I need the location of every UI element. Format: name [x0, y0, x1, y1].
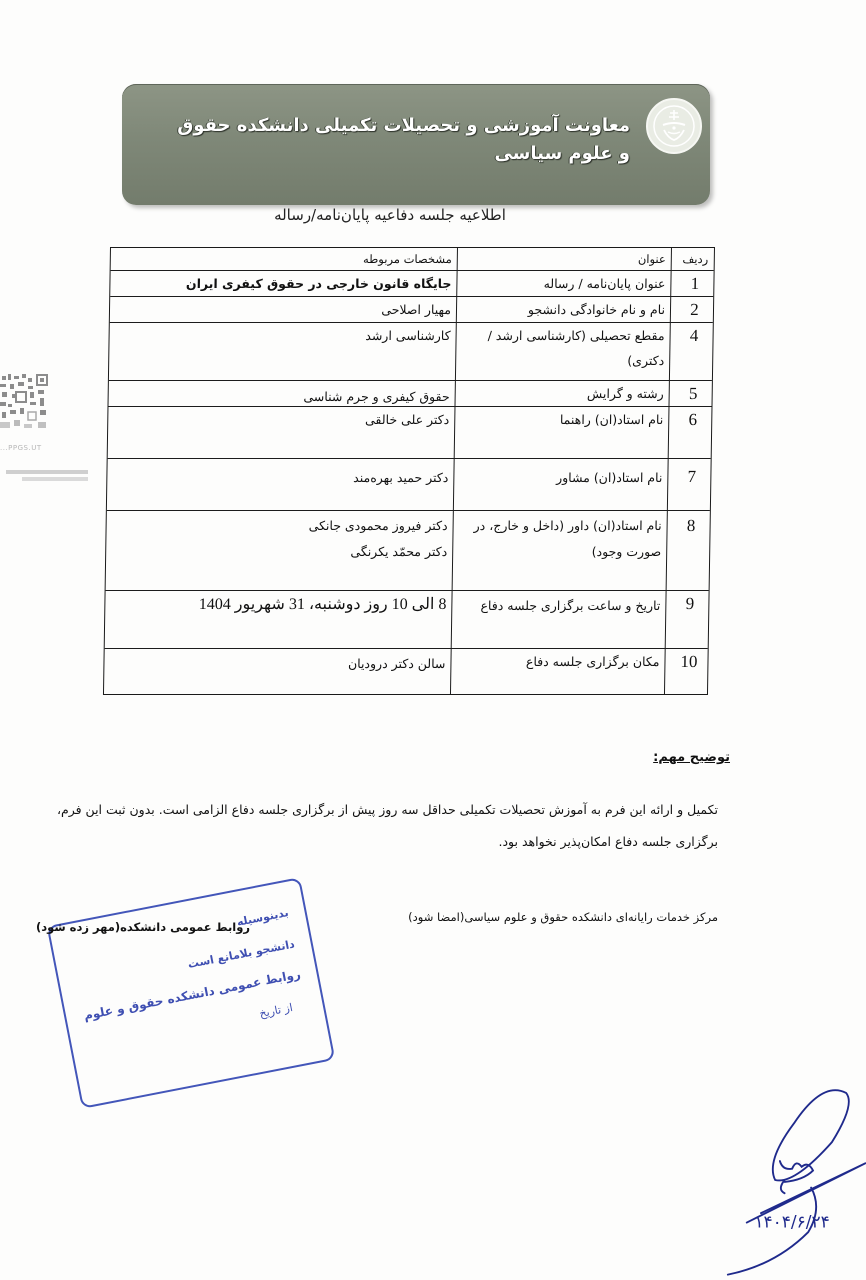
handwritten-signature: ۱۴۰۴/۶/۲۴: [690, 1080, 866, 1280]
public-relations-stamp-label: روابط عمومی دانشکده(مهر زده شود): [36, 920, 250, 934]
row-title: نام استاد(ان) داور (داخل و خارج، در صورت…: [452, 511, 667, 590]
row-detail: 8 الی 10 روز دوشنبه، 31 شهریور 1404: [105, 591, 452, 648]
table-row: 6 نام استاد(ان) راهنما دکتر علی خالقی: [108, 406, 712, 458]
row-number: 5: [669, 381, 712, 406]
row-detail: دکتر فیروز محمودی جانکی دکتر محمّد یکرنگ…: [106, 511, 453, 590]
row-number: 10: [664, 649, 708, 694]
qr-code: [0, 372, 50, 442]
row-detail: کارشناسی ارشد: [109, 323, 456, 380]
table-row: 7 نام استاد(ان) مشاور دکتر حمید بهره‌مند: [107, 458, 711, 510]
row-number: 8: [666, 511, 710, 590]
qr-caption: ...PPGS.UT: [0, 444, 42, 452]
svg-text:۱۴۰۴/۶/۲۴: ۱۴۰۴/۶/۲۴: [754, 1212, 829, 1232]
row-detail: دکتر حمید بهره‌مند: [107, 459, 454, 510]
defense-info-table: ردیف عنوان مشخصات مربوطه 1 عنوان پایان‌ن…: [103, 247, 715, 695]
public-relations-stamp: بدینوسیله دانشجو بلامانع است روابط عمومی…: [47, 877, 336, 1109]
column-header-details: مشخصات مربوطه: [111, 248, 457, 270]
row-detail: حقوق کیفری و جرم شناسی: [109, 381, 455, 406]
note-heading: توضیح مهم:: [653, 750, 730, 765]
stamp-line: از تاریخ: [258, 1001, 294, 1020]
row-title: نام و نام خانوادگی دانشجو: [456, 297, 670, 322]
row-number: 6: [668, 407, 712, 458]
header-banner: معاونت آموزشی و تحصیلات تکمیلی دانشکده ح…: [122, 84, 710, 205]
row-detail: دکتر علی خالقی: [108, 407, 455, 458]
row-number: 2: [670, 297, 713, 322]
form-subtitle: اطلاعیه جلسه دفاعیه پایان‌نامه/رساله: [200, 206, 580, 224]
table-row: 10 مکان برگزاری جلسه دفاع سالن دکتر درود…: [104, 648, 708, 694]
table-row: 9 تاریخ و ساعت برگزاری جلسه دفاع 8 الی 1…: [105, 590, 709, 648]
row-title: تاریخ و ساعت برگزاری جلسه دفاع: [451, 591, 666, 648]
stamp-line: دانشجو بلامانع است: [187, 937, 296, 970]
university-logo-icon: [646, 98, 702, 154]
row-detail: سالن دکتر درودیان: [104, 649, 451, 694]
column-header-row-number: ردیف: [671, 248, 714, 270]
row-detail: مهیار اصلاحی: [110, 297, 456, 322]
qr-side-note: [0, 468, 88, 481]
row-number: 1: [670, 271, 713, 296]
table-row: 1 عنوان پایان‌نامه / رساله جایگاه قانون …: [110, 270, 713, 296]
row-number: 4: [669, 323, 713, 380]
header-title: معاونت آموزشی و تحصیلات تکمیلی دانشکده ح…: [160, 112, 630, 168]
table-header-row: ردیف عنوان مشخصات مربوطه: [111, 248, 714, 270]
row-detail: جایگاه قانون خارجی در حقوق کیفری ایران: [110, 271, 456, 296]
table-row: 2 نام و نام خانوادگی دانشجو مهیار اصلاحی: [110, 296, 713, 322]
document-page: ...PPGS.UT معاونت آموزشی و تحصیلات تکمیل…: [0, 0, 866, 1280]
row-title: مکان برگزاری جلسه دفاع: [450, 649, 665, 694]
row-title: نام استاد(ان) مشاور: [453, 459, 668, 510]
computer-center-signature-label: مرکز خدمات رایانه‌ای دانشکده حقوق و علوم…: [408, 910, 718, 924]
column-header-title: عنوان: [457, 248, 671, 270]
note-body: تکمیل و ارائه این فرم به آموزش تحصیلات ت…: [26, 794, 718, 858]
row-title: عنوان پایان‌نامه / رساله: [456, 271, 670, 296]
row-number: 7: [667, 459, 711, 510]
referee-1: دکتر فیروز محمودی جانکی: [111, 513, 447, 539]
table-row: 8 نام استاد(ان) داور (داخل و خارج، در صو…: [106, 510, 710, 590]
table-row: 5 رشته و گرایش حقوق کیفری و جرم شناسی: [109, 380, 712, 406]
row-title: رشته و گرایش: [455, 381, 669, 406]
row-number: 9: [665, 591, 709, 648]
row-title: نام استاد(ان) راهنما: [454, 407, 669, 458]
referee-2: دکتر محمّد یکرنگی: [111, 539, 447, 565]
table-row: 4 مقطع تحصیلی (کارشناسی ارشد / دکتری) کا…: [109, 322, 713, 380]
row-title: مقطع تحصیلی (کارشناسی ارشد / دکتری): [455, 323, 670, 380]
